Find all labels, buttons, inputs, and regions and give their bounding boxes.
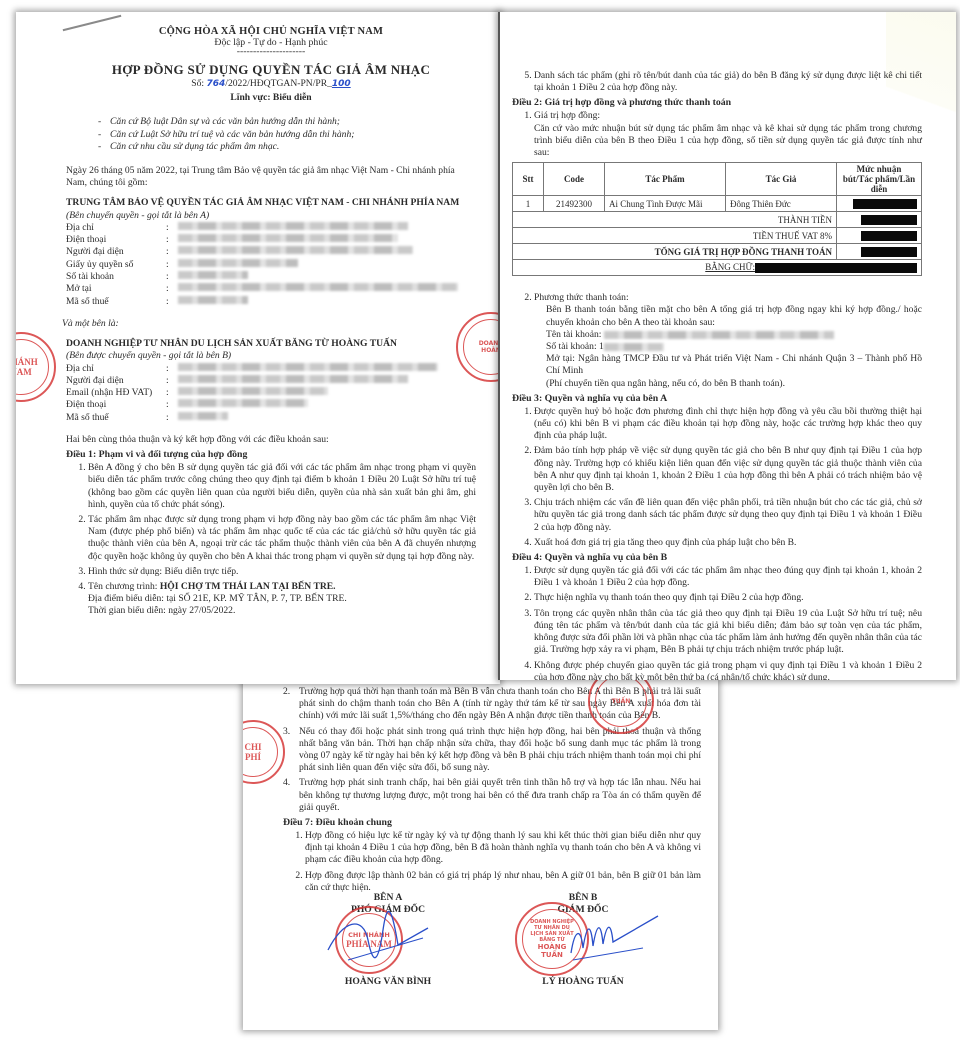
party-field-label: Người đại diện [66,246,166,258]
works-col-header: Tác Phẩm [605,163,726,196]
works-col-header: Tác Giả [726,163,837,196]
party-field-row: Điện thoại: [66,234,476,246]
article7-list: Hợp đồng có hiệu lực kể từ ngày ký và tự… [283,830,701,894]
page3-edge-stamp: CHIPHÍ [243,720,285,784]
party-field-colon: : [166,399,178,411]
article6-item-number: 4. [283,777,299,814]
article3-item: Chịu trách nhiệm các vấn đề liên quan đế… [534,497,922,534]
article6-item-number: 3. [283,726,299,775]
article1-item5-list: Danh sách tác phẩm (ghi rõ tên/bút danh … [512,70,922,94]
works-table: SttCodeTác PhẩmTác GiảMức nhuận bút/Tác … [512,162,922,276]
party-field-value-blurred [178,387,328,395]
article1-item: Bên A đồng ý cho bên B sử dụng quyền tác… [88,462,476,511]
party-a-fields: Địa chỉ:Điện thoại:Người đại diện:Giấy ủ… [66,222,476,308]
article2-list-cont: Phương thức thanh toán: Bên B thanh toán… [512,292,922,390]
article1-item4-list: Tên chương trình: HỘI CHỢ TM THÁI LAN TẠ… [66,581,476,618]
performance-time: Thời gian biểu diễn: ngày 27/05/2022. [88,605,476,617]
account-number-label: Số tài khoản: 1 [546,341,604,352]
article3-item: Xuất hoá đơn giá trị gia tăng theo quy đ… [534,537,922,549]
article1-title: Điều 1: Phạm vi và đối tượng của hợp đồn… [66,449,476,460]
bank-info: Mở tại: Ngân hàng TMCP Đầu tư và Phát tr… [546,353,922,377]
works-summary-value [837,212,922,228]
party-field-value-blurred [178,234,398,242]
program-label: Tên chương trình: [88,581,160,592]
party-field-value-blurred [178,222,408,230]
party-b-side-label: BÊN B [508,892,658,904]
party-field-row: Địa chỉ: [66,363,476,375]
party-field-row: Người đại diện: [66,246,476,258]
works-cell: 21492300 [544,196,605,212]
article3-item: Đảm bảo tính hợp pháp về việc sử dụng qu… [534,445,922,494]
party-field-label: Người đại diện [66,375,166,387]
party-field-row: Mã số thuế: [66,296,476,308]
legal-basis-item: -Căn cứ Bộ luật Dân sự và các văn bản hư… [98,116,476,128]
party-field-label: Số tài khoản [66,271,166,283]
party-field-label: Địa chỉ [66,222,166,234]
party-field-row: Mã số thuế: [66,412,476,424]
party-a-side-label: BÊN A [313,892,463,904]
party-a-name: TRUNG TÂM BẢO VỆ QUYỀN TÁC GIẢ ÂM NHẠC V… [66,197,476,209]
party-field-value-blurred [178,375,408,383]
account-name-blurred [604,331,834,339]
legal-basis-item: -Căn cứ Luật Sở hữu trí tuệ và các văn b… [98,129,476,141]
works-summary-row: TIỀN THUẾ VAT 8% [513,228,922,244]
contract-number-prefix: Số: [191,78,206,89]
contract-number-code: /2022/HĐQTGAN-PN/PR_ [225,78,332,89]
works-summary-label: THÀNH TIỀN [513,212,837,228]
contract-intro: Ngày 26 tháng 05 năm 2022, tại Trung tâm… [66,165,476,189]
party-field-colon: : [166,387,178,399]
works-cell: Ai Chung Tình Được Mãi [605,196,726,212]
amount-redacted [861,215,917,225]
works-cell [837,196,922,212]
party-field-label: Mã số thuế [66,412,166,424]
amount-redacted [861,231,917,241]
party-a-signer-name: HOÀNG VĂN BÌNH [313,976,463,988]
party-field-label: Email (nhận HĐ VAT) [66,387,166,399]
article3-title: Điều 3: Quyền và nghĩa vụ của bên A [512,393,922,404]
article3-item: Được quyền huỷ bỏ hoặc đơn phương đình c… [534,406,922,443]
account-name-row: Tên tài khoản: [546,329,922,341]
article2-item-1: Giá trị hợp đồng: Căn cứ vào mức nhuận b… [534,110,922,159]
party-field-label: Điện thoại [66,234,166,246]
article4-item: Được sử dụng quyền tác giả đối với các t… [534,565,922,589]
party-b-role: (Bên được chuyển quyền - gọi tắt là bên … [66,350,476,362]
party-field-value-blurred [178,363,438,371]
contract-page-2: Danh sách tác phẩm (ghi rõ tên/bút danh … [498,12,956,680]
party-field-colon: : [166,271,178,283]
page1-edge-stamp: NHÁNHNAM [16,332,56,402]
party-field-value-blurred [178,259,298,267]
article7-title: Điều 7: Điều khoản chung [283,817,701,828]
works-summary-label: TỔNG GIÁ TRỊ HỢP ĐỒNG THANH TOÁN [513,244,837,260]
party-field-value-blurred [178,412,228,420]
amount-redacted [861,247,917,257]
works-summary-value [837,228,922,244]
works-summary-value [837,244,922,260]
works-summary-label: TIỀN THUẾ VAT 8% [513,228,837,244]
legal-basis-text: Căn cứ nhu cầu sử dụng tác phẩm âm nhạc. [110,141,279,152]
article7-item: Hợp đồng có hiệu lực kể từ ngày ký và tự… [305,830,701,867]
article4-list: Được sử dụng quyền tác giả đối với các t… [512,565,922,680]
article1-item: Tác phẩm âm nhạc được sử dụng trong phạm… [88,514,476,563]
account-number-row: Số tài khoản: 1 [546,341,922,353]
contract-title: HỢP ĐỒNG SỬ DỤNG QUYỀN TÁC GIẢ ÂM NHẠC [66,62,476,78]
party-a-signature-icon [323,910,433,970]
article1-list: Bên A đồng ý cho bên B sử dụng quyền tác… [66,462,476,578]
party-field-colon: : [166,283,178,295]
page1-body: CỘNG HÒA XÃ HỘI CHỦ NGHĨA VIỆT NAM Độc l… [66,26,476,621]
party-field-row: Giấy ủy quyền số: [66,259,476,271]
party-field-value-blurred [178,246,413,254]
works-table-row: 121492300Ai Chung Tình Được MãiĐông Thiê… [513,196,922,212]
article4-item: Thực hiện nghĩa vụ thanh toán theo quy đ… [534,592,922,604]
legal-bases-list: -Căn cứ Bộ luật Dân sự và các văn bản hư… [98,116,476,153]
header-divider: --------------------- [66,48,476,56]
article1-item: Hình thức sử dụng: Biểu diễn trực tiếp. [88,566,476,578]
article3-list: Được quyền huỷ bỏ hoặc đơn phương đình c… [512,406,922,549]
article4-item: Không được phép chuyển giao quyền tác gi… [534,660,922,681]
legal-basis-text: Căn cứ Luật Sở hữu trí tuệ và các văn bả… [110,129,354,140]
contract-number-suffix: 100 [332,79,351,89]
article4-item: Tôn trọng các quyền nhân thân của tác gi… [534,608,922,657]
page2-body: Danh sách tác phẩm (ghi rõ tên/bút danh … [512,70,922,680]
account-number-blurred [604,343,664,351]
party-field-row: Số tài khoản: [66,271,476,283]
party-a-role: (Bên chuyển quyền - gọi tắt là bên A) [66,210,476,222]
article7-item: Hợp đồng được lập thành 02 bản có giá tr… [305,870,701,894]
works-in-words-cell: BẰNG CHỮ: [513,260,922,276]
article6-item-number: 2. [283,686,299,723]
in-words-label: BẰNG CHỮ: [705,262,755,272]
works-table-body: 121492300Ai Chung Tình Được MãiĐông Thiê… [513,196,922,276]
party-field-colon: : [166,296,178,308]
party-field-row: Email (nhận HĐ VAT): [66,387,476,399]
party-field-value-blurred [178,296,248,304]
works-in-words-row: BẰNG CHỮ: [513,260,922,276]
article6-item: 4.Trường hợp phát sinh tranh chấp, hai b… [283,777,701,814]
party-b-name: DOANH NGHIỆP TƯ NHÂN DU LỊCH SẢN XUẤT BĂ… [66,338,476,350]
party-field-row: Người đại diện: [66,375,476,387]
legal-basis-text: Căn cứ Bộ luật Dân sự và các văn bản hướ… [110,116,340,127]
article4-title: Điều 4: Quyền và nghĩa vụ của bên B [512,552,922,563]
party-field-colon: : [166,412,178,424]
contract-page-1: CỘNG HÒA XÃ HỘI CHỦ NGHĨA VIỆT NAM Độc l… [16,12,500,684]
national-title: CỘNG HÒA XÃ HỘI CHỦ NGHĨA VIỆT NAM [66,26,476,37]
article2-title: Điều 2: Giá trị hợp đồng và phương thức … [512,97,922,108]
party-field-colon: : [166,246,178,258]
party-field-label: Giấy ủy quyền số [66,259,166,271]
payment-method-text: Bên B thanh toán bằng tiền mặt cho bên A… [546,304,922,328]
article1-item-4: Tên chương trình: HỘI CHỢ TM THÁI LAN TẠ… [88,581,476,618]
party-field-colon: : [166,234,178,246]
party-b-fields: Địa chỉ:Người đại diện:Email (nhận HĐ VA… [66,363,476,424]
party-b-signature-icon [563,908,663,968]
party-field-colon: : [166,375,178,387]
performance-venue: Địa điểm biểu diễn: tại SỐ 21E, KP. MỸ T… [88,593,476,605]
party-field-label: Điện thoại [66,399,166,411]
account-name-label: Tên tài khoản: [546,329,601,340]
works-table-header: SttCodeTác PhẩmTác GiảMức nhuận bút/Tác … [513,163,922,196]
royalty-redacted [853,199,917,209]
payment-method-label: Phương thức thanh toán: [534,292,629,303]
article6-item: 3.Nếu có thay đổi hoặc phát sinh trong q… [283,726,701,775]
legal-basis-item: -Căn cứ nhu cầu sử dụng tác phẩm âm nhạc… [98,141,476,153]
fee-note: (Phí chuyển tiền qua ngân hàng, nếu có, … [546,378,922,390]
party-field-label: Địa chỉ [66,363,166,375]
works-col-header: Code [544,163,605,196]
party-field-value-blurred [178,283,458,291]
contract-field: Lĩnh vực: Biểu diễn [66,92,476,104]
party-field-colon: : [166,259,178,271]
article6-item-text: Nếu có thay đổi hoặc phát sinh trong quá… [299,726,701,775]
party-field-value-blurred [178,399,308,407]
works-col-header: Mức nhuận bút/Tác phẩm/Lần diễn [837,163,922,196]
party-field-row: Điện thoại: [66,399,476,411]
party-field-row: Mở tại: [66,283,476,295]
works-col-header: Stt [513,163,544,196]
party-field-label: Mở tại [66,283,166,295]
article2-list: Giá trị hợp đồng: Căn cứ vào mức nhuận b… [512,110,922,159]
party-field-row: Địa chỉ: [66,222,476,234]
contract-page-3: 2.Trường hợp quá thời hạn thanh toán mà … [243,680,718,1030]
works-cell: Đông Thiên Đức [726,196,837,212]
party-field-colon: : [166,222,178,234]
program-name: HỘI CHỢ TM THÁI LAN TẠI BẾN TRE. [160,581,336,592]
article6-item-text: Trường hợp phát sinh tranh chấp, hai bên… [299,777,701,814]
works-summary-row: TỔNG GIÁ TRỊ HỢP ĐỒNG THANH TOÁN [513,244,922,260]
party-field-label: Mã số thuế [66,296,166,308]
contract-value-text: Căn cứ vào mức nhuận bút sử dụng tác phẩ… [534,123,922,160]
party-b-signer-name: LÝ HOÀNG TUẤN [508,976,658,988]
contract-number: Số: 764/2022/HĐQTGAN-PN/PR_100 [66,78,476,90]
agreement-statement: Hai bên cùng thỏa thuận và ký kết hợp đồ… [66,434,476,446]
article1-item-5: Danh sách tác phẩm (ghi rõ tên/bút danh … [534,70,922,94]
party-field-colon: : [166,363,178,375]
contract-number-handwritten: 764 [207,79,226,89]
party-field-value-blurred [178,271,248,279]
contract-value-label: Giá trị hợp đồng: [534,110,600,121]
works-summary-row: THÀNH TIỀN [513,212,922,228]
in-words-redacted [755,263,917,273]
article2-item-2: Phương thức thanh toán: Bên B thanh toán… [534,292,922,390]
and-party-label: Và một bên là: [62,318,476,330]
works-cell: 1 [513,196,544,212]
